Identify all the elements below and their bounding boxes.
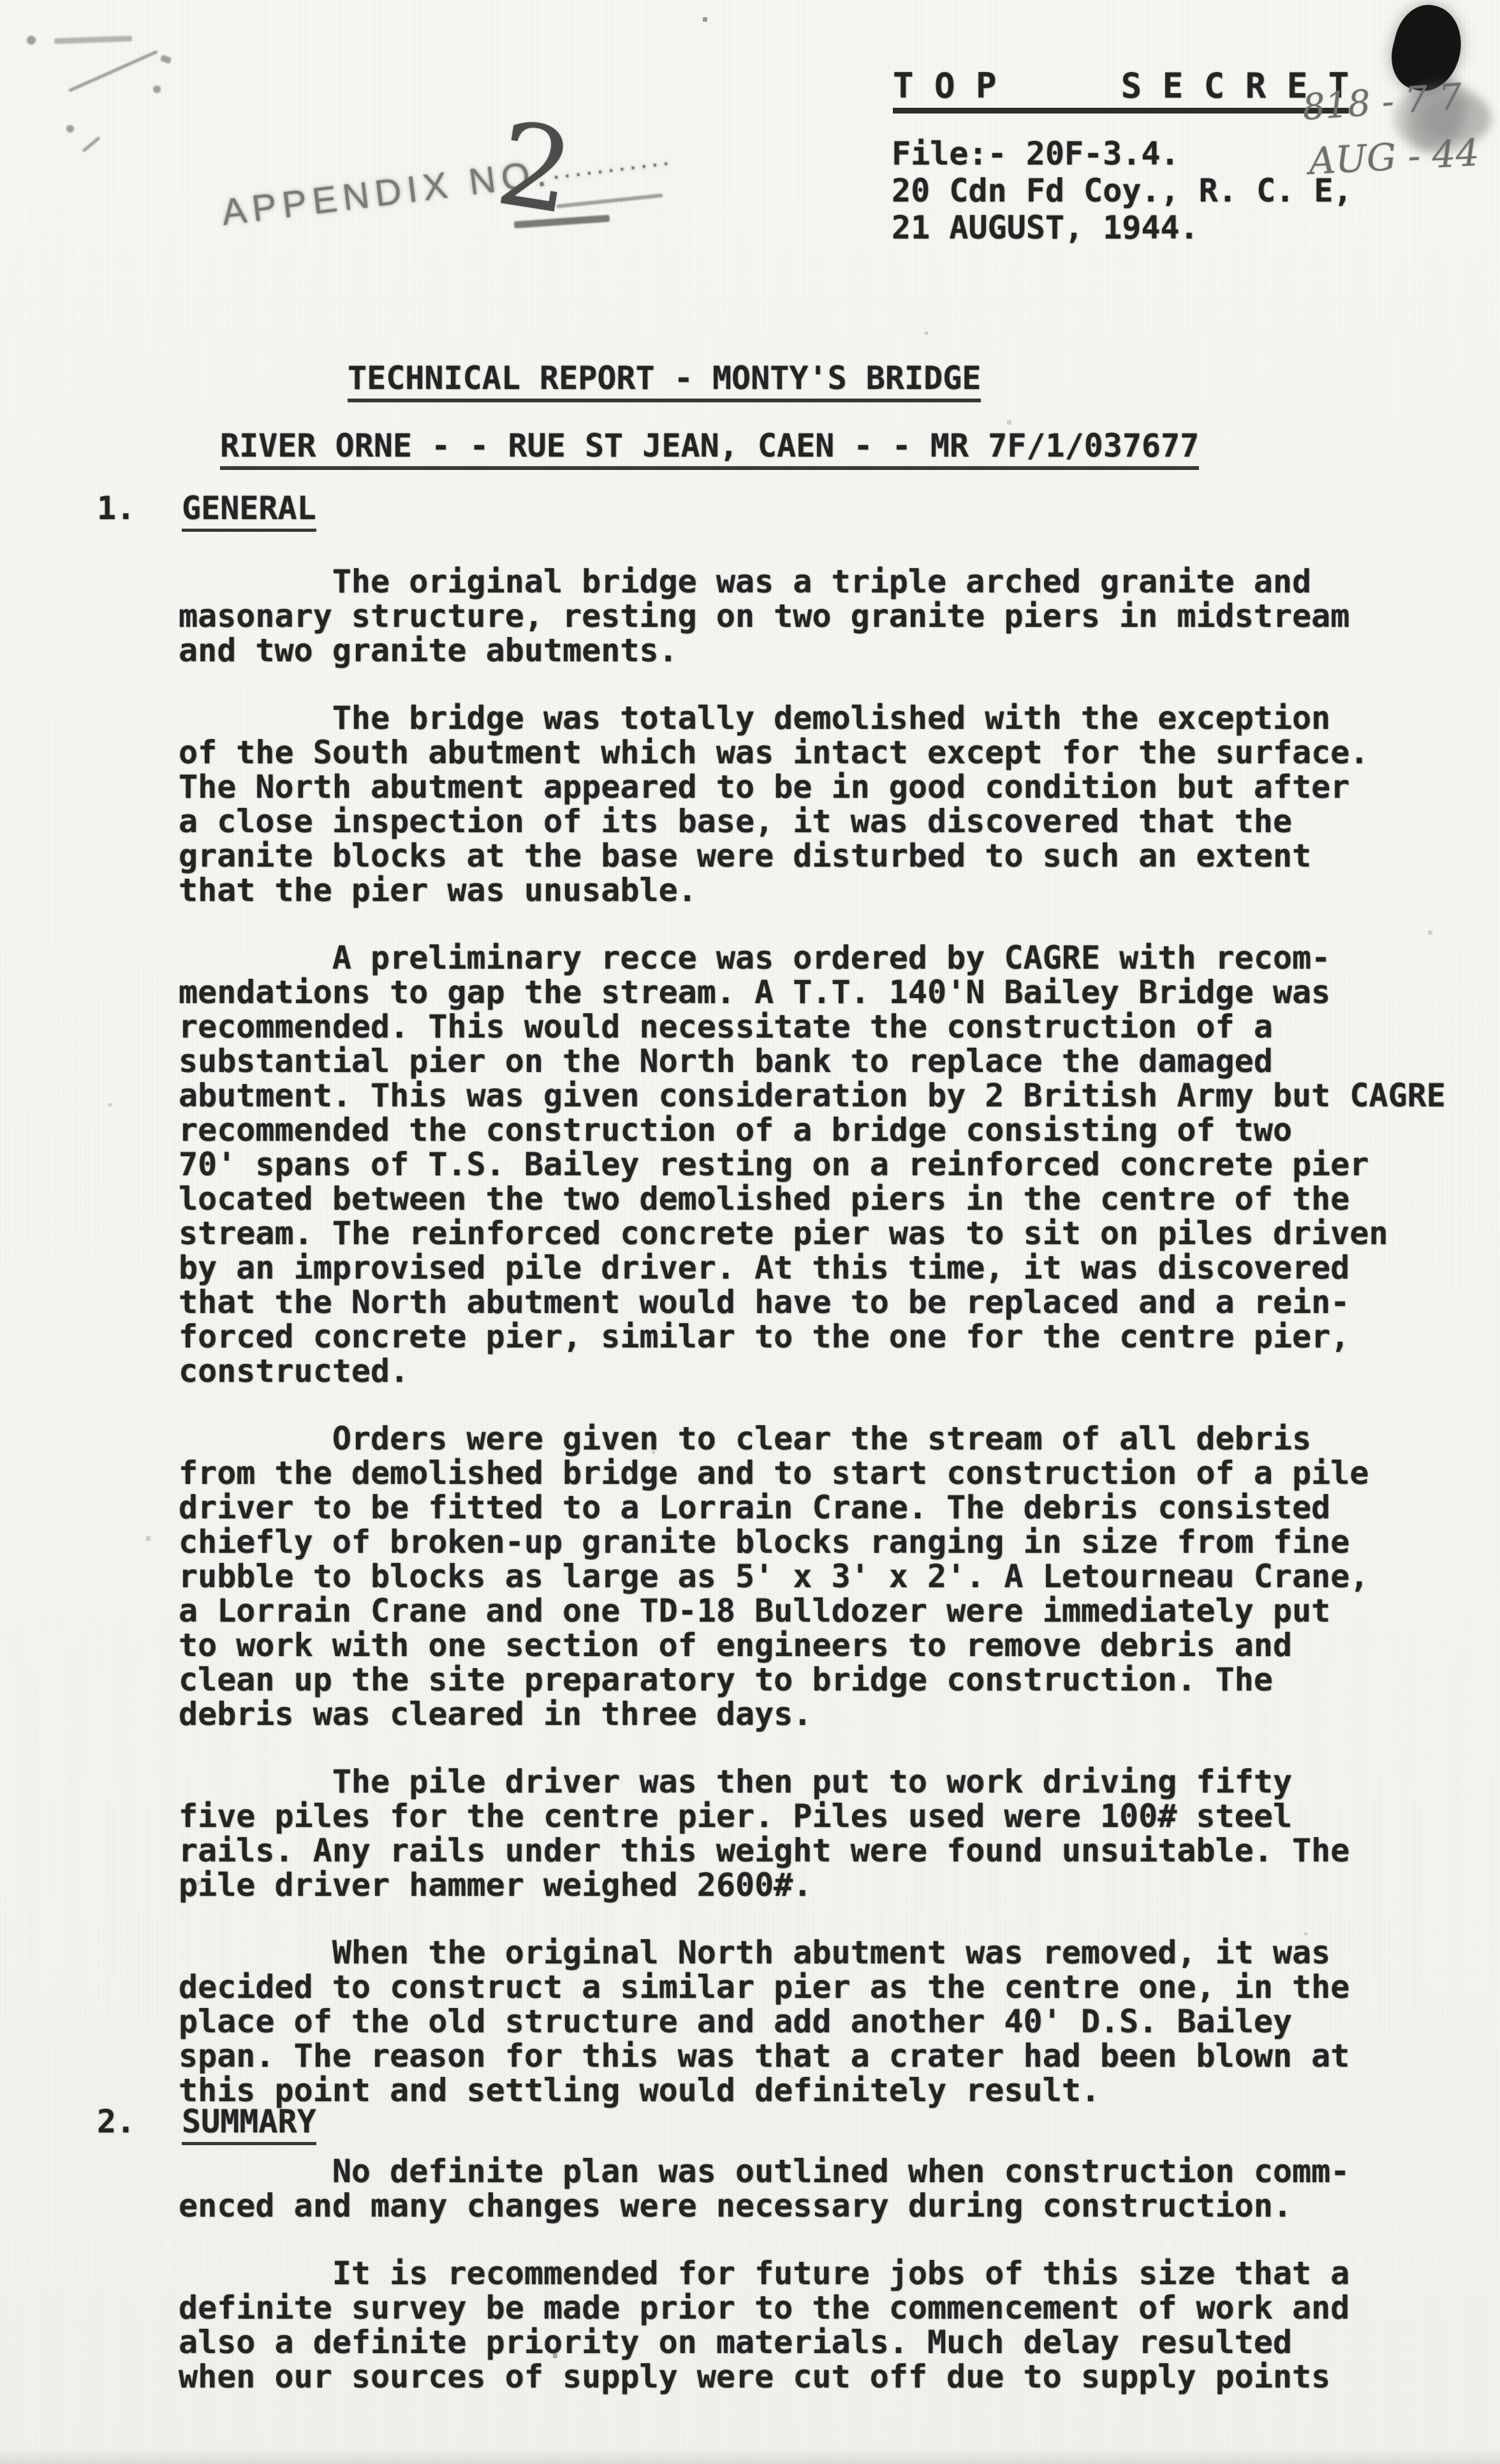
pencil-smudge-dash xyxy=(54,36,132,44)
file-reference: File:- 20F-3.4. xyxy=(892,135,1180,172)
paragraph: The bridge was totally demolished with t… xyxy=(179,701,1446,907)
pencil-dot xyxy=(66,125,74,133)
pencil-dash xyxy=(556,193,663,209)
unit-line: 20 Cdn Fd Coy., R. C. E, xyxy=(892,172,1352,209)
paragraph: When the original North abutment was rem… xyxy=(179,1935,1446,2108)
report-subtitle: RIVER ORNE - - RUE ST JEAN, CAEN - - MR … xyxy=(220,429,1199,470)
section-1-body: The original bridge was a triple arched … xyxy=(179,564,1446,2108)
section-1-heading: GENERAL xyxy=(182,491,316,532)
paragraph: The original bridge was a triple arched … xyxy=(179,564,1446,668)
date-line: 21 AUGUST, 1944. xyxy=(892,209,1199,246)
paragraph: Orders were given to clear the stream of… xyxy=(179,1421,1446,1731)
pencil-dot xyxy=(153,85,161,93)
paragraph: A preliminary recce was ordered by CAGRE… xyxy=(179,941,1446,1388)
pencil-dot xyxy=(160,55,172,64)
section-1-number: 1. xyxy=(97,491,135,525)
classification-banner: T O P S E C R E T xyxy=(893,69,1349,114)
section-2-body: No definite plan was outlined when const… xyxy=(179,2154,1349,2394)
scan-speckles xyxy=(0,0,3,3)
paragraph: The pile driver was then put to work dri… xyxy=(179,1764,1446,1902)
paragraph: No definite plan was outlined when const… xyxy=(179,2154,1349,2223)
pencil-tick xyxy=(82,136,100,153)
document-page: T O P S E C R E T 818 - 7 7 AUG - 44 Fil… xyxy=(0,0,1500,2464)
pencil-dot xyxy=(27,36,36,45)
report-title: TECHNICAL REPORT - MONTY'S BRIDGE xyxy=(348,361,981,402)
paragraph: It is recommended for future jobs of thi… xyxy=(179,2256,1349,2394)
section-2-heading: SUMMARY xyxy=(182,2104,316,2145)
pencil-stroke xyxy=(68,50,158,92)
section-2-number: 2. xyxy=(97,2104,135,2139)
